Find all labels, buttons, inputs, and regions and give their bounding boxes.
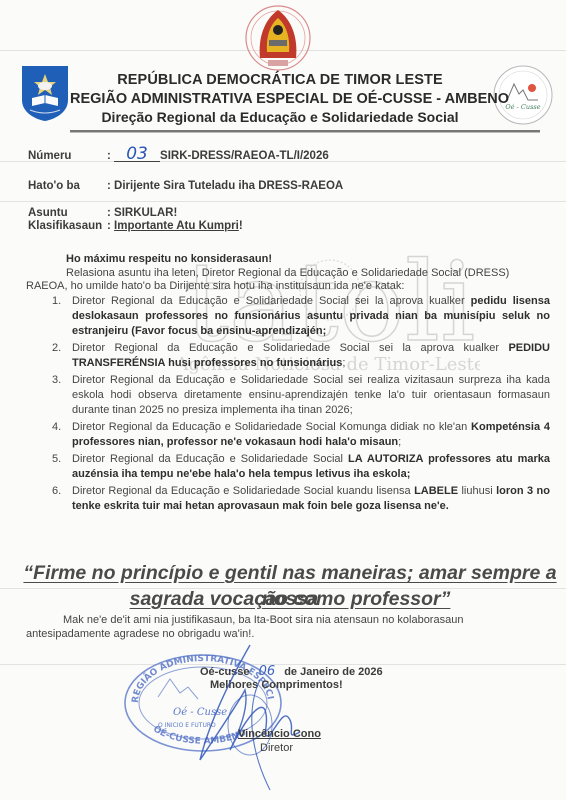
hatoo-label: Hato'o ba (28, 180, 107, 192)
education-ministry-logo-icon (20, 64, 70, 122)
numeru-label: Númeru (28, 150, 107, 162)
directive-list: 1. Diretor Regional da Educação e Solida… (30, 294, 550, 516)
directive-item: 2. Diretor Regional da Educação e Solida… (30, 341, 550, 371)
header-republic: REPÚBLICA DEMOCRÁTICA DE TIMOR LESTE (70, 72, 490, 88)
closing-line2: antesipadamente agradese no obrigadu wa'… (26, 627, 254, 641)
handwritten-signature (190, 640, 320, 800)
signatory-name: Vincêncio Cono (238, 728, 321, 740)
intro-line1: Relasiona asuntu iha leten, Diretor Regi… (66, 266, 556, 280)
header-directorate: Direção Regional da Educação e Solidarie… (70, 109, 490, 125)
asuntu-label: Asuntu (28, 207, 107, 219)
klasifikasaun-value: Importante Atu Kumpri (114, 220, 239, 232)
meta-asuntu: Asuntu: SIRKULAR! (28, 207, 177, 219)
directive-item: 4. Diretor Regional da Educação e Solida… (30, 420, 550, 450)
hatoo-value: : Dirijente Sira Tuteladu iha DRESS-RAEO… (107, 180, 343, 192)
meta-hatoo: Hato'o ba: Dirijente Sira Tuteladu iha D… (28, 180, 343, 192)
motto-line2: sagrada vocação como professor” (20, 586, 560, 612)
header-region: REGIÃO ADMINISTRATIVA ESPECIAL DE OÉ-CUS… (70, 91, 490, 107)
greeting: Ho máximu respeitu no konsiderasaun! (66, 252, 272, 266)
signatory-title: Diretor (260, 742, 293, 754)
asuntu-value: : SIRKULAR! (107, 207, 177, 219)
klasifikasaun-label: Klasifikasaun (28, 220, 107, 232)
national-coat-of-arms-icon (238, 2, 318, 74)
scan-artifact (0, 201, 566, 202)
header-divider (70, 130, 540, 133)
svg-text:Oé - Cusse: Oé - Cusse (505, 103, 540, 111)
directive-item: 3. Diretor Regional da Educação e Solida… (30, 373, 550, 418)
meta-klasifikasaun: Klasifikasaun: Importante Atu Kumpri! (28, 220, 243, 232)
directive-item: 6. Diretor Regional da Educação e Solida… (30, 484, 550, 514)
numeru-handwritten: 03 (114, 147, 160, 162)
closing-line1: Mak ne'e de'it ami nia justifikasaun, ba… (63, 613, 463, 627)
directive-item: 5. Diretor Regional da Educação e Solida… (30, 452, 550, 482)
directive-item: 1. Diretor Regional da Educação e Solida… (30, 294, 550, 339)
meta-numeru: Númeru: 03SIRK-DRESS/RAEOA-TL/I/2026 (28, 147, 329, 162)
intro-line2: RAEOA, ho umilde hato'o ba Dirijente sir… (26, 279, 404, 293)
numeru-value: SIRK-DRESS/RAEOA-TL/I/2026 (160, 150, 329, 162)
